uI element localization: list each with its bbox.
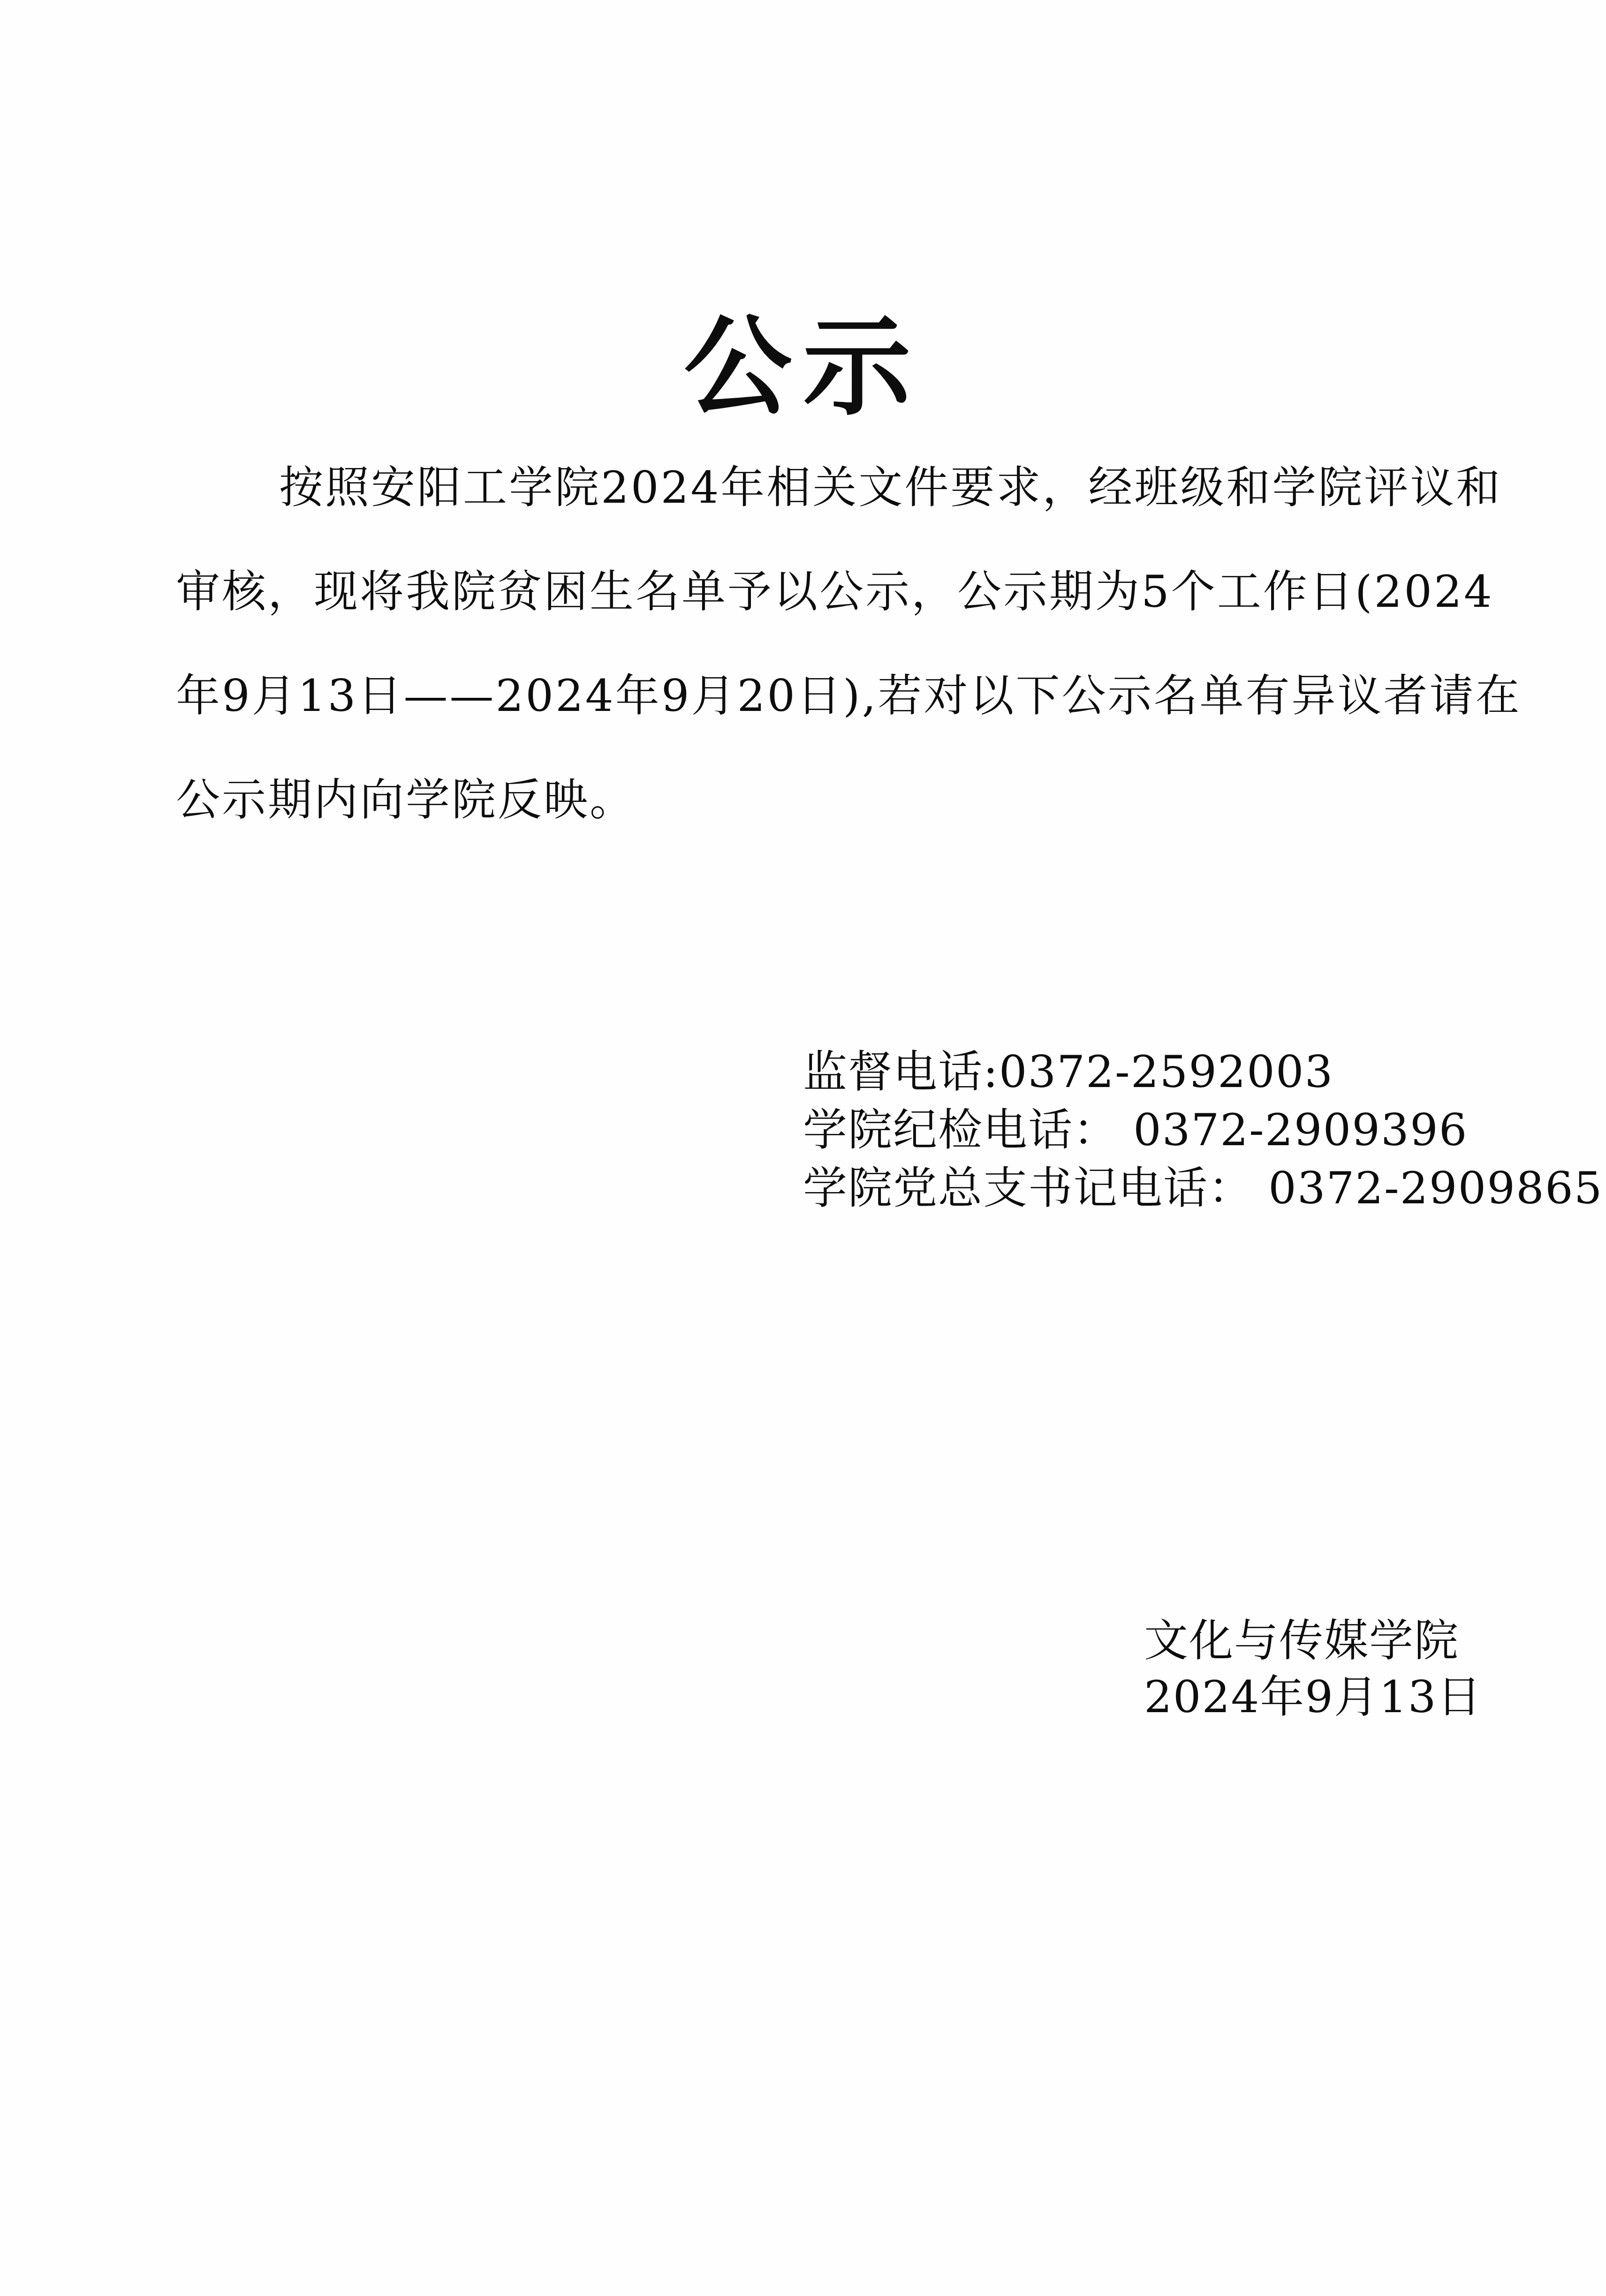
body-line-2: 审核，现将我院贫困生名单予以公示，公示期为5个工作日(2024 (176, 540, 1465, 644)
supervision-phone-line: 监督电话:0372-2592003 (803, 1043, 1603, 1102)
notice-body-paragraph: 按照安阳工学院2024年相关文件要求，经班级和学院评议和 审核，现将我院贫困生名… (176, 436, 1465, 853)
contact-phone-block: 监督电话:0372-2592003 学院纪检电话： 0372-2909396 学… (803, 1043, 1603, 1218)
party-secretary-phone-line: 学院党总支书记电话： 0372-2909865 (803, 1160, 1603, 1218)
page-title: 公示 (0, 307, 1606, 429)
body-line-1: 按照安阳工学院2024年相关文件要求，经班级和学院评议和 (176, 436, 1465, 540)
body-line-4: 公示期内向学院反映。 (176, 748, 1465, 853)
discipline-inspection-phone-line: 学院纪检电话： 0372-2909396 (803, 1102, 1603, 1160)
body-line-3: 年9月13日——2024年9月20日),若对以下公示名单有异议者请在 (176, 644, 1465, 748)
signature-date: 2024年9月13日 (1144, 1669, 1449, 1726)
signature-organization: 文化与传媒学院 (1144, 1613, 1449, 1669)
signature-block: 文化与传媒学院 2024年9月13日 (1144, 1613, 1449, 1726)
notice-document-page: 公示 按照安阳工学院2024年相关文件要求，经班级和学院评议和 审核，现将我院贫… (0, 0, 1606, 2296)
